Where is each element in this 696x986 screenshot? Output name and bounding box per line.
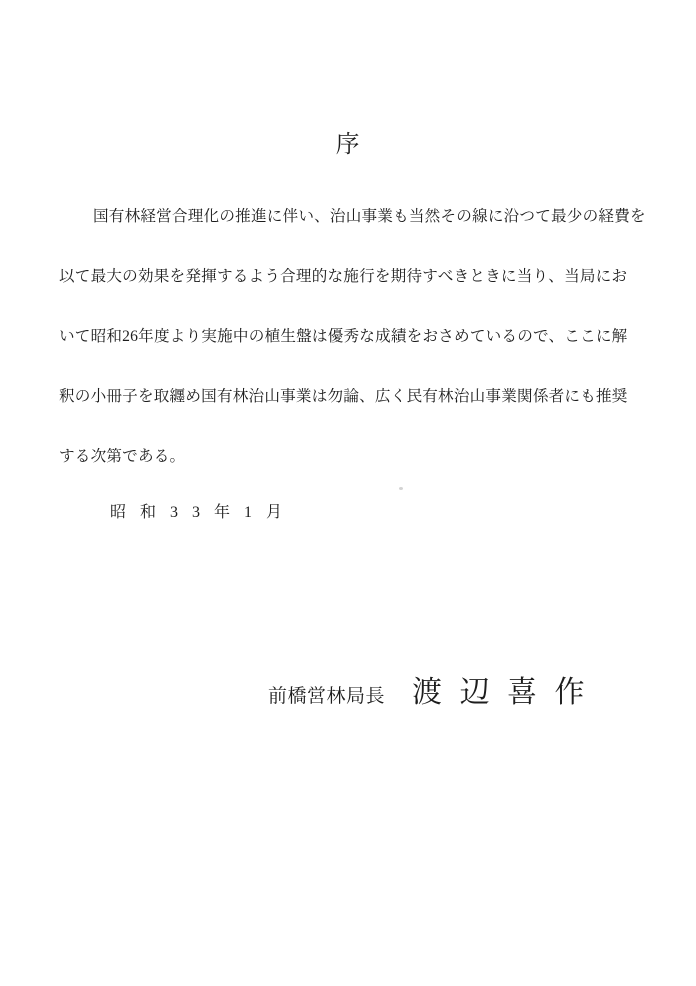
signature-name: 渡 辺 喜 作 [412,672,589,714]
scan-artifact-speck [399,487,403,490]
date-line: 昭 和 3 3 年 1 月 [110,498,284,528]
body-line-3: いて昭和26年度より実施中の植生盤は優秀な成績をおさめているので、ここに解 [59,307,644,367]
body-paragraph: 国有林経営合理化の推進に伴い、治山事業も当然その線に沿つて最少の経費を 以て最大… [59,187,644,487]
body-line-1: 国有林経営合理化の推進に伴い、治山事業も当然その線に沿つて最少の経費を [59,187,644,247]
body-line-4: 釈の小冊子を取纒め国有林治山事業は勿論、広く民有林治山事業関係者にも推奨 [59,367,644,427]
scanned-document-page: 序 国有林経営合理化の推進に伴い、治山事業も当然その線に沿つて最少の経費を 以て… [0,0,696,986]
signature-official-title: 前橋営林局長 [268,677,385,717]
page-title: 序 [0,132,696,158]
body-line-2: 以て最大の効果を発揮するよう合理的な施行を期待すべきときに当り、当局にお [59,247,644,307]
body-line-5: する次第である。 [59,427,644,487]
signature-line: 前橋営林局長 渡 辺 喜 作 [268,672,589,717]
